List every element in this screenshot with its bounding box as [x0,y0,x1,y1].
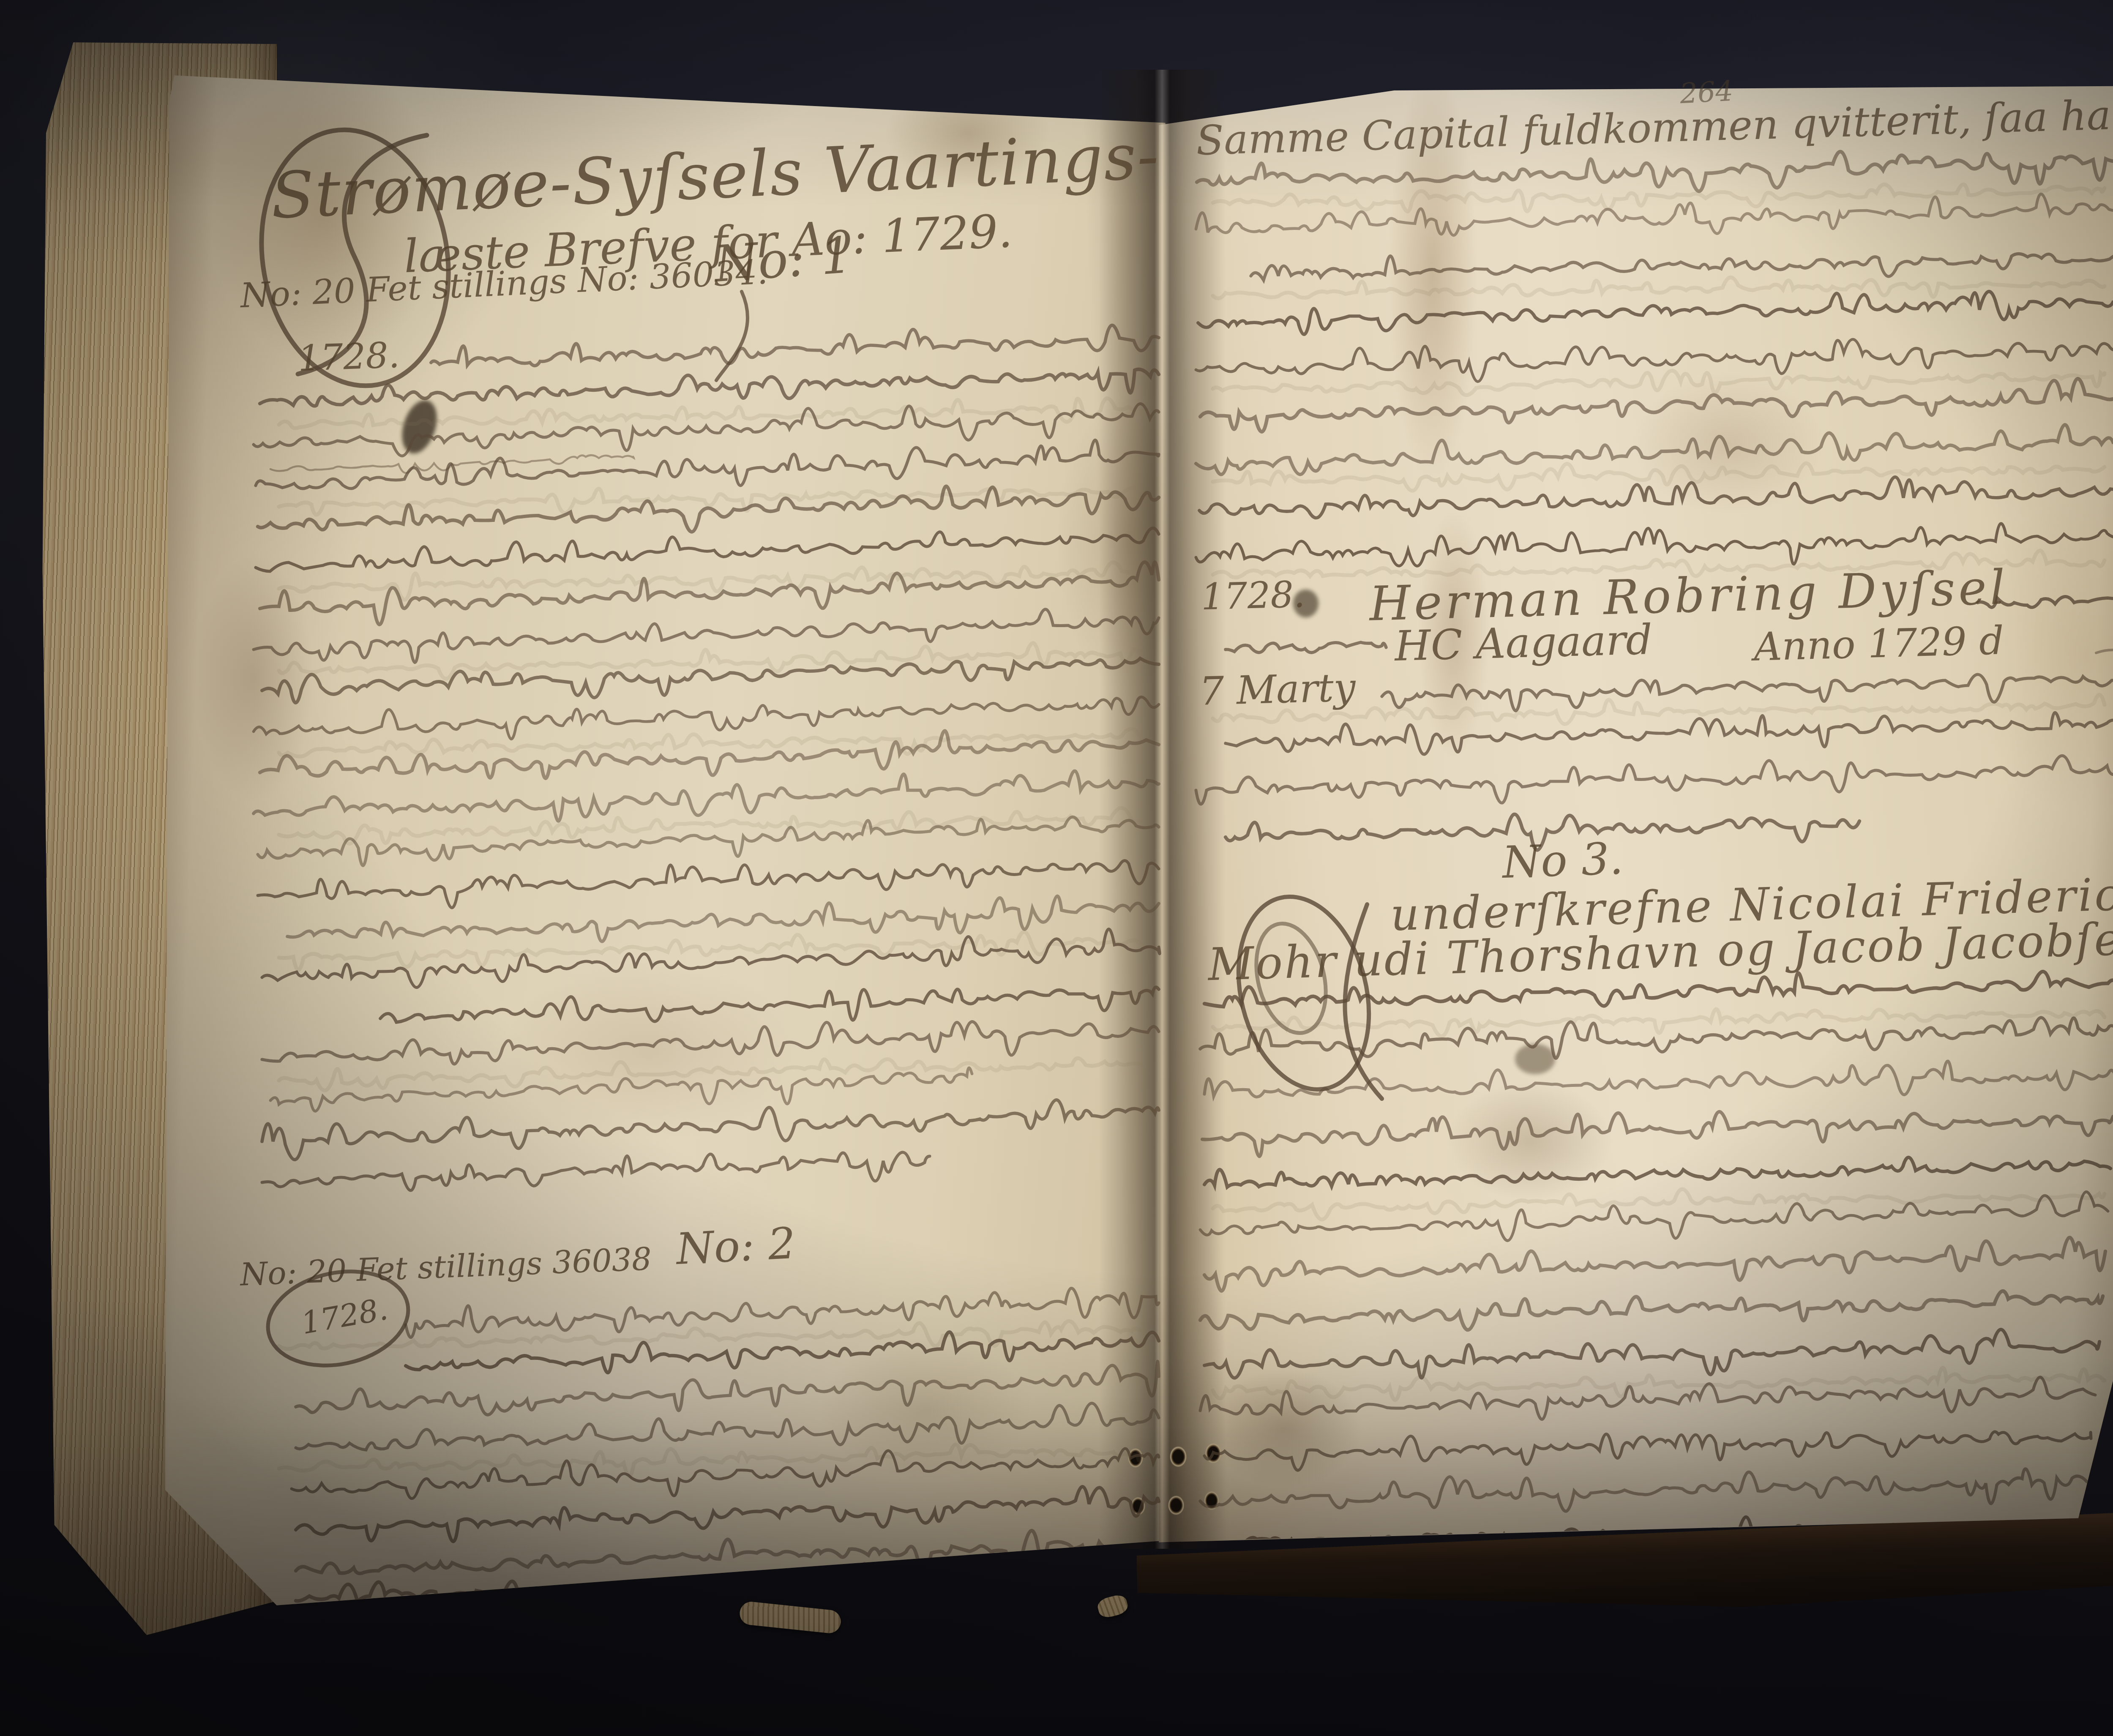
handwriting-line [380,987,1159,1022]
entry2-number: No: 2 [675,1218,797,1275]
handwriting-line [256,528,1159,571]
handwriting-line [1199,477,2113,518]
handwriting-line [262,658,1159,703]
handwriting-line [1200,1469,2087,1511]
handwriting-line [256,440,1159,489]
handwriting-line [258,486,1159,532]
handwriting-line [1226,642,1386,652]
handwriting-line [279,398,1141,428]
handwriting-line [262,929,1160,987]
flourish-stroke [716,292,748,380]
handwriting-line [1226,1517,1893,1559]
handwriting-line [258,860,1159,908]
anno-1729-text: Anno 1729 d [1753,618,2004,669]
handwriting-line [1251,252,2113,280]
handwriting-line [296,1564,951,1613]
signature-date: 1728. [1201,573,1306,618]
handwriting-line [254,404,1159,456]
handwriting-line [279,1444,1141,1476]
handwriting-line [1204,1061,2113,1097]
handwriting-line [254,697,1159,739]
handwriting-line [1213,371,2105,395]
manuscript-photograph: Strømøe-Syſsels Vaartings- læste Brefve … [0,0,2113,1736]
handwriting-line [260,562,1159,625]
handwriting-line [1202,1112,2113,1157]
handwriting-line [1200,379,2113,432]
handwriting-line [1204,1329,2099,1378]
handwriting-line [279,729,1142,756]
handwriting-line [296,1531,1116,1573]
entry3-number: No 3. [1501,833,1624,888]
handwriting-line [279,1058,1141,1090]
handwriting-line [406,1288,1159,1337]
handwriting-line [1204,1432,2091,1470]
witness-name: HC Aagaard [1394,616,1653,671]
handwriting-line [431,325,1159,366]
handwriting-line [2096,649,2113,655]
handwriting-line [1213,1368,2105,1400]
handwriting-line [292,1449,1159,1499]
handwriting-line [296,1362,1159,1415]
handwriting-line [1196,425,2113,475]
entry1-opening-year: 1728. [297,334,400,379]
handwriting-line [1196,194,2113,235]
handwriting-line [1204,1237,2105,1291]
handwriting-line [262,1152,930,1190]
handwriting-line [270,1068,972,1111]
handwriting-line [1213,1189,2105,1220]
handwriting-line [1196,339,2113,382]
handwriting-line [1204,1157,2110,1187]
handwriting-line [254,771,1159,821]
marty-date-text: 7 Marty [1199,665,1356,714]
handwriting-line [1213,184,2105,211]
handwriting-strokes [0,0,2113,1736]
handwriting-line [1226,712,2113,754]
handwriting-line [262,1022,1159,1064]
handwriting-line [1213,277,2105,298]
handwriting-line [262,1100,1159,1160]
handwriting-line [279,562,1141,600]
handwriting-line [270,455,634,473]
handwriting-line [1196,756,2113,804]
handwriting-line [296,1403,1159,1450]
handwriting-line [1198,292,2113,335]
handwriting-line [1200,1291,2103,1330]
